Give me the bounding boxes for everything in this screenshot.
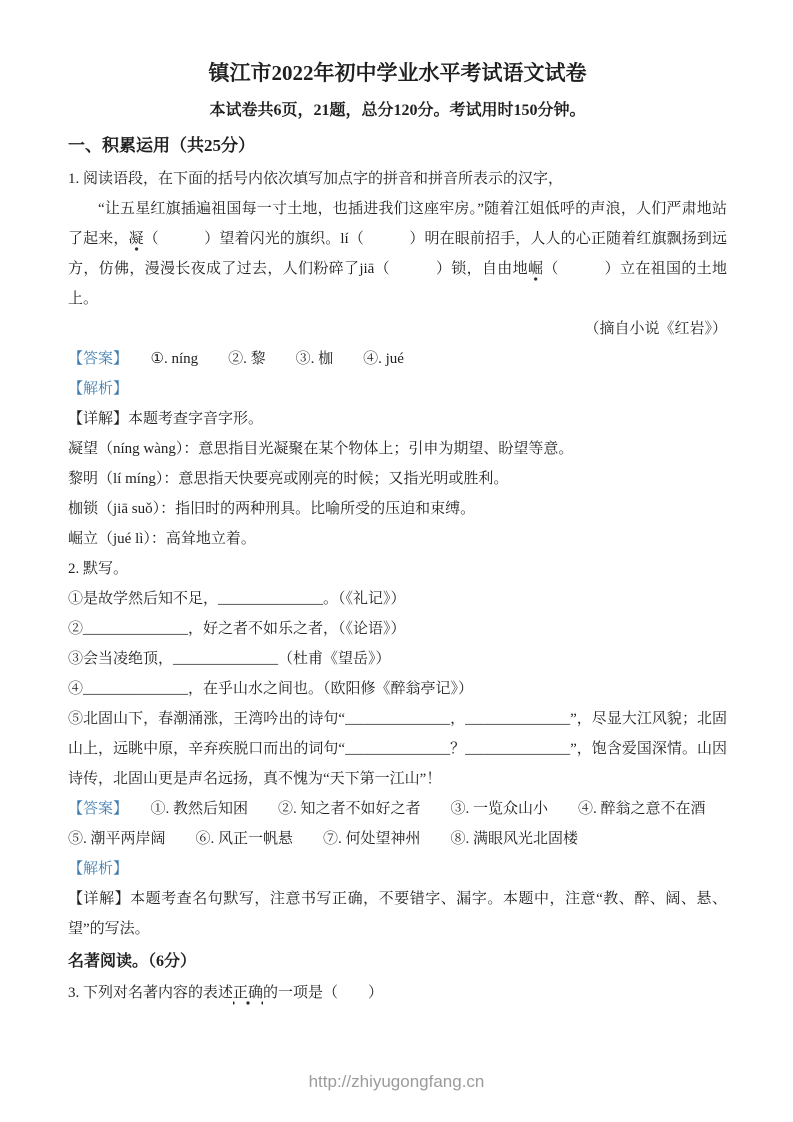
q2-item-5: ⑤北固山下，春潮涌涨，王湾吟出的诗句“______________，______…	[68, 704, 727, 794]
q1-emphasized-char-jue: 崛	[528, 261, 543, 281]
q1-emphasized-char-ning: 凝	[129, 231, 144, 251]
q2-item-1: ①是故学然后知不足，______________。（《礼记》）	[68, 584, 727, 614]
q2-answer-row2: ⑤. 潮平两岸阔 ⑥. 风正一帆悬 ⑦. 何处望神州 ⑧. 满眼风光北固楼	[68, 824, 727, 854]
page-content: 镇江市2022年初中学业水平考试语文试卷 本试卷共6页，21题，总分120分。考…	[0, 0, 793, 1008]
q1-note-jueli: 崛立（jué lì）：高耸地立着。	[68, 524, 727, 554]
answer-label: 【答案】	[68, 351, 128, 367]
q1-note-liming: 黎明（lí míng）：意思指天快要亮或刚亮的时候；又指光明或胜利。	[68, 464, 727, 494]
q2-detail-line: 【详解】本题考查名句默写，注意书写正确，不要错字、漏字。本题中，注意“教、醉、阔…	[68, 884, 727, 944]
q3-stem-text-b: 的一项是（ ）	[263, 985, 383, 1001]
watermark-url: http://zhiyugongfang.cn	[0, 1072, 793, 1092]
q2-answer-line: 【答案】①. 教然后知困 ②. 知之者不如好之者 ③. 一览众山小 ④. 醉翁之…	[68, 794, 727, 824]
detail-label: 【详解】	[68, 411, 128, 427]
q2-answer-row1: ①. 教然后知困 ②. 知之者不如好之者 ③. 一览众山小 ④. 醉翁之意不在酒	[128, 801, 706, 817]
q2-stem: 2. 默写。	[68, 554, 727, 584]
q3-stem: 3. 下列对名著内容的表述正确的一项是（ ）	[68, 978, 727, 1008]
exam-info-line: 本试卷共6页，21题，总分120分。考试用时150分钟。	[68, 96, 727, 126]
detail-label: 【详解】	[68, 891, 130, 907]
analysis-label: 【解析】	[68, 381, 128, 397]
q1-passage: “让五星红旗插遍祖国每一寸土地，也插进我们这座牢房。”随着江姐低呼的声浪，人们严…	[68, 194, 727, 314]
q2-detail-text: 本题考查名句默写，注意书写正确，不要错字、漏字。本题中，注意“教、醉、阔、悬、望…	[68, 891, 727, 937]
q3-emphasized-word-correct: 正确	[233, 985, 263, 1005]
q1-note-ningwang: 凝望（níng wàng）：意思指目光凝聚在某个物体上；引申为期望、盼望等意。	[68, 434, 727, 464]
q1-stem: 1. 阅读语段，在下面的括号内依次填写加点字的拼音和拼音所表示的汉字，	[68, 164, 727, 194]
exam-paper-page: 镇江市2022年初中学业水平考试语文试卷 本试卷共6页，21题，总分120分。考…	[0, 0, 793, 1122]
q1-note-jiasuo: 枷锁（jiā suǒ）：指旧时的两种刑具。比喻所受的压迫和束缚。	[68, 494, 727, 524]
section-heading-accumulation: 一、积累运用（共25分）	[68, 130, 727, 162]
q2-item-4: ④______________，在乎山水之间也。（欧阳修《醉翁亭记》）	[68, 674, 727, 704]
q1-answer-text: ①. níng ②. 黎 ③. 枷 ④. jué	[128, 351, 404, 367]
section-heading-famous-works: 名著阅读。（6分）	[68, 946, 727, 978]
q1-source: （摘自小说《红岩》）	[68, 314, 727, 344]
analysis-label: 【解析】	[68, 861, 128, 877]
q1-detail-text: 本题考查字音字形。	[128, 411, 263, 427]
q1-detail-line: 【详解】本题考查字音字形。	[68, 404, 727, 434]
q2-analysis-line: 【解析】	[68, 854, 727, 884]
q3-stem-text-a: 3. 下列对名著内容的表述	[68, 985, 233, 1001]
answer-label: 【答案】	[68, 801, 128, 817]
q2-item-3: ③会当凌绝顶，______________（杜甫《望岳》）	[68, 644, 727, 674]
q1-analysis-line: 【解析】	[68, 374, 727, 404]
page-title: 镇江市2022年初中学业水平考试语文试卷	[68, 56, 727, 90]
q2-item-2: ②______________，好之者不如乐之者，（《论语》）	[68, 614, 727, 644]
q1-answer-line: 【答案】①. níng ②. 黎 ③. 枷 ④. jué	[68, 344, 727, 374]
